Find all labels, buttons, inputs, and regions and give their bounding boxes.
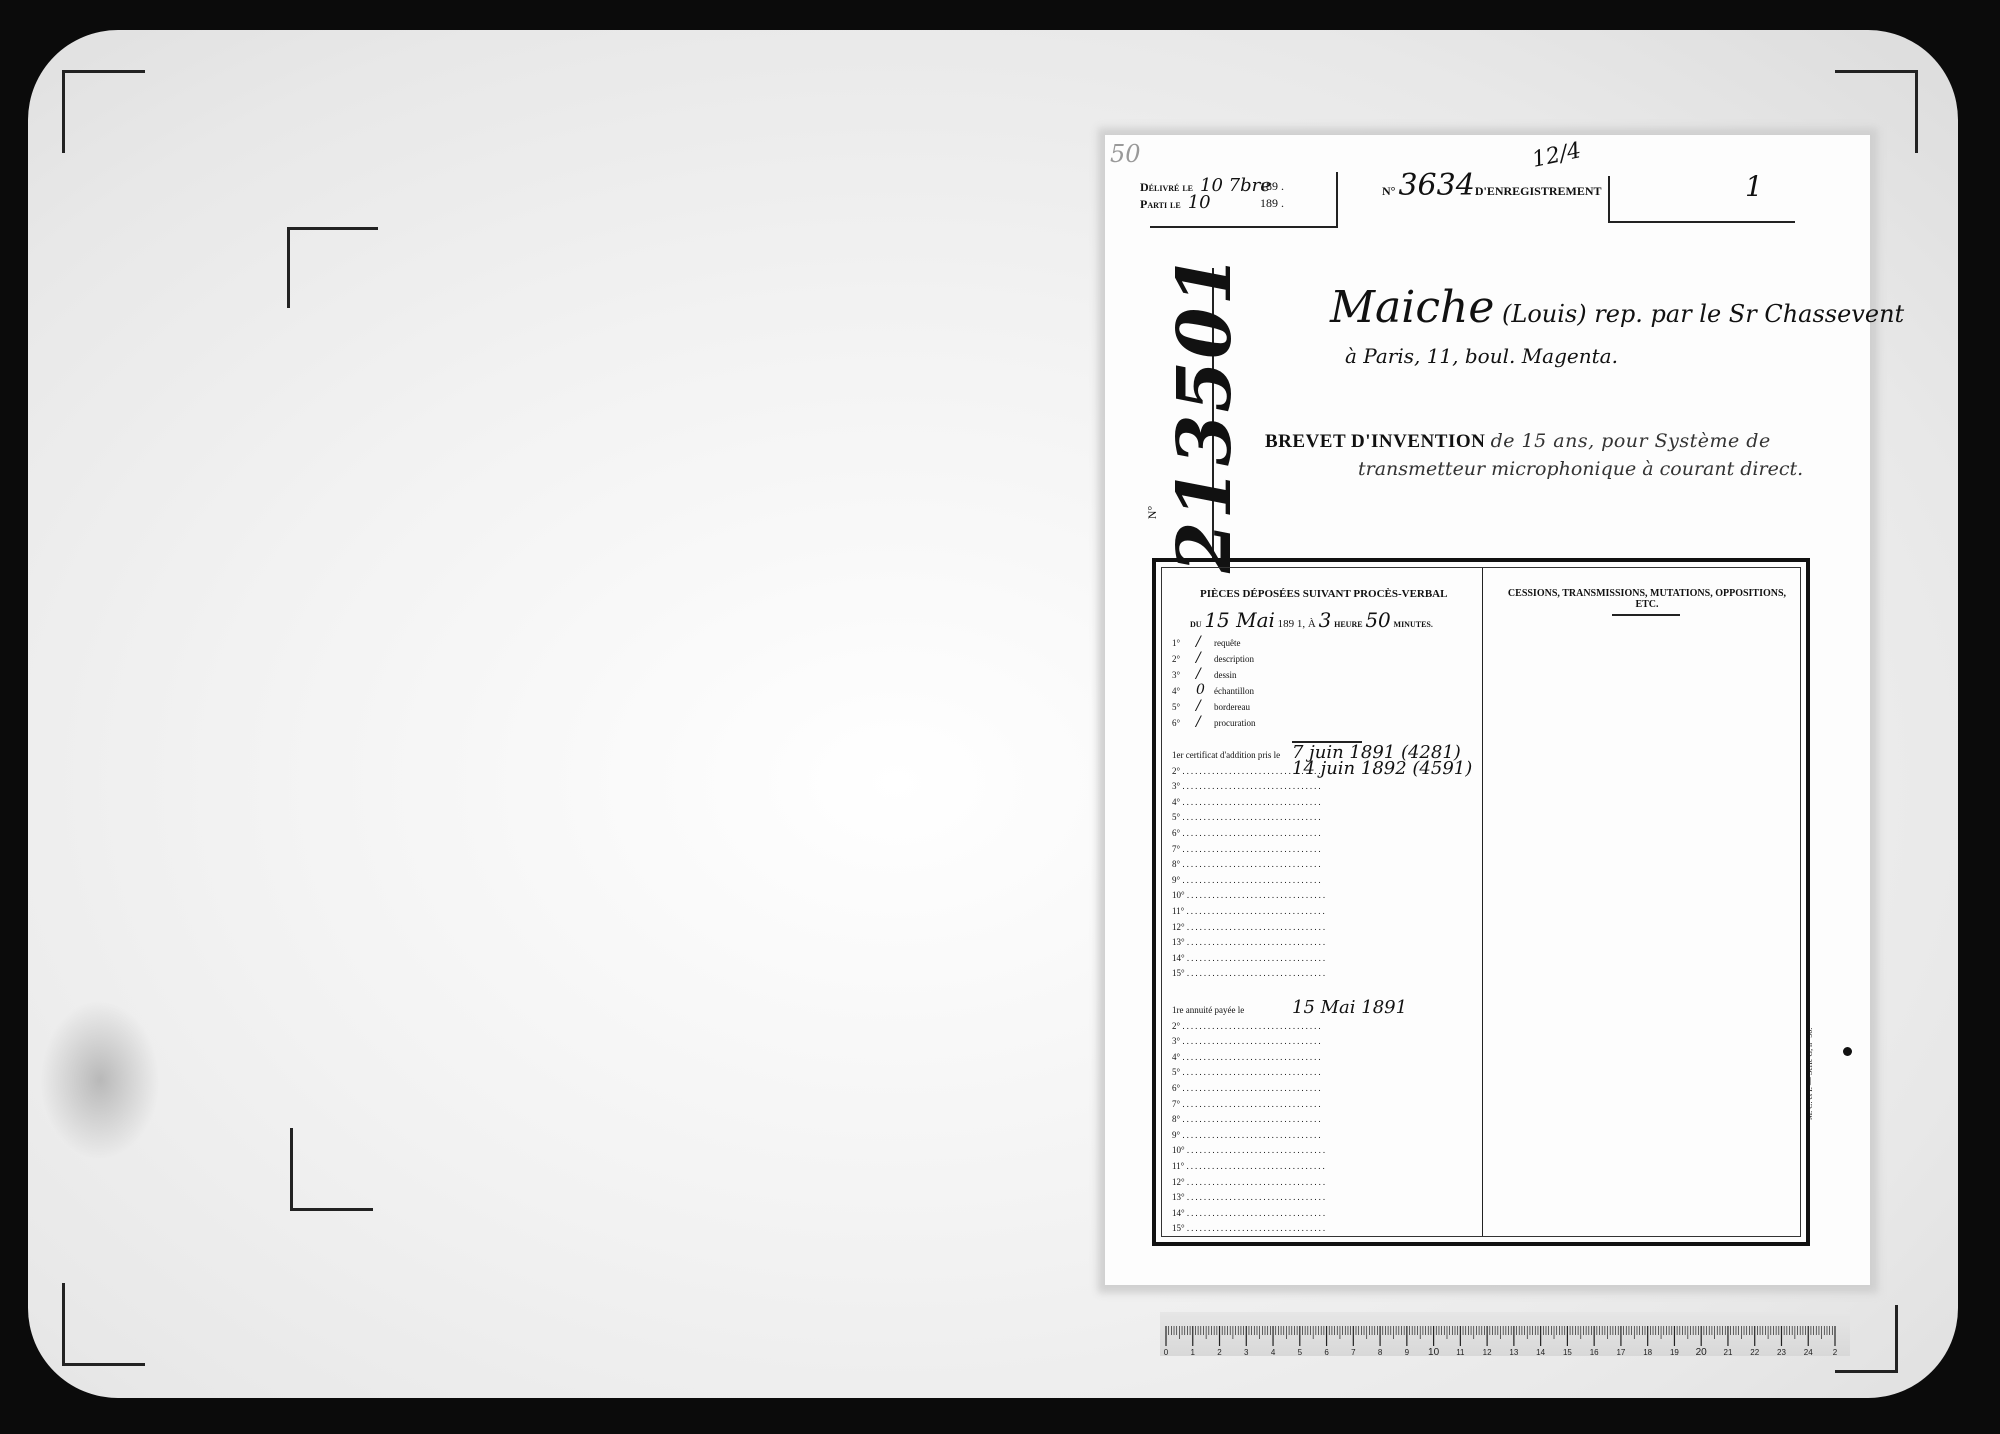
list-row: 10° .................................: [1172, 1145, 1327, 1155]
patent-type-label: BREVET D'INVENTION: [1265, 431, 1485, 452]
svg-text:20: 20: [1696, 1347, 1708, 1356]
svg-text:10: 10: [1428, 1347, 1440, 1356]
scale-ruler: 0123456789101112131415161718192021222324…: [1160, 1312, 1850, 1356]
list-row: 9° .................................: [1172, 875, 1323, 885]
list-row: 13° .................................: [1172, 1192, 1327, 1202]
list-row: 12° .................................: [1172, 1177, 1327, 1187]
patent-title-line1: de 15 ans, pour Système de: [1491, 430, 1771, 452]
list-row: 8° .................................: [1172, 1114, 1323, 1124]
list-row: 1re annuité payée le: [1172, 1005, 1244, 1015]
svg-text:22: 22: [1750, 1348, 1759, 1356]
list-row: 12° .................................: [1172, 922, 1327, 932]
list-row: 1er certificat d'addition pris le: [1172, 750, 1280, 760]
piece-row: 3°/dessin: [1172, 666, 1237, 682]
patent-title-line2: transmetteur microphonique à courant dir…: [1358, 458, 1803, 480]
holder-name: Maiche (Louis) rep. par le Sr Chassevent: [1330, 282, 1904, 333]
svg-text:14: 14: [1536, 1348, 1545, 1356]
svg-text:5: 5: [1298, 1348, 1303, 1356]
list-row: 5° .................................: [1172, 1067, 1323, 1077]
svg-text:18: 18: [1643, 1348, 1652, 1356]
crop-mark-inner-bottom-left: [290, 1128, 373, 1211]
svg-text:21: 21: [1724, 1348, 1733, 1356]
handwritten-entry: 15 Mai 1891: [1292, 997, 1407, 1018]
list-row: 11° .................................: [1172, 906, 1327, 916]
svg-text:15: 15: [1563, 1348, 1572, 1356]
list-row: 3° .................................: [1172, 781, 1323, 791]
svg-text:16: 16: [1590, 1348, 1599, 1356]
piece-row: 1°/requête: [1172, 634, 1240, 650]
page-box-border: [1608, 176, 1795, 223]
stain: [40, 1000, 160, 1160]
patent-number-label: N°: [1145, 506, 1160, 519]
deposit-minutes: 50: [1365, 608, 1390, 632]
list-row: 3° .................................: [1172, 1036, 1323, 1046]
heure-label: HEURE: [1334, 620, 1362, 629]
holder-surname: Maiche: [1330, 282, 1494, 333]
svg-text:7: 7: [1351, 1348, 1356, 1356]
svg-text:2: 2: [1217, 1348, 1222, 1356]
minutes-label: MINUTES.: [1394, 620, 1433, 629]
svg-text:17: 17: [1616, 1348, 1625, 1356]
svg-text:6: 6: [1324, 1348, 1329, 1356]
list-row: 4° .................................: [1172, 797, 1323, 807]
list-row: 15° .................................: [1172, 1223, 1327, 1233]
svg-text:12: 12: [1483, 1348, 1492, 1356]
dispatch-box-border: [1150, 172, 1338, 228]
registry-form: PIÈCES DÉPOSÉES SUIVANT PROCÈS-VERBAL DU…: [1152, 558, 1810, 1246]
svg-text:2: 2: [1833, 1348, 1838, 1356]
crop-mark-outer-top-left: [62, 70, 145, 153]
list-row: 14° .................................: [1172, 953, 1327, 963]
piece-row: 5°/bordereau: [1172, 698, 1250, 714]
svg-text:4: 4: [1271, 1348, 1276, 1356]
svg-text:13: 13: [1509, 1348, 1518, 1356]
holder-details: (Louis) rep. par le Sr Chassevent: [1502, 300, 1904, 328]
list-row: 2° .................................: [1172, 1021, 1323, 1031]
list-row: 6° .................................: [1172, 1083, 1323, 1093]
deposit-year: 189 1: [1278, 618, 1303, 630]
a-label: , À: [1302, 618, 1315, 630]
printer-imprint: M. C. et I. — Série G, n° 50.: [1805, 1028, 1814, 1120]
holder-address: à Paris, 11, boul. Magenta.: [1345, 344, 1618, 368]
registration-label: D'ENREGISTREMENT: [1475, 184, 1602, 198]
pieces-title: PIÈCES DÉPOSÉES SUIVANT PROCÈS-VERBAL: [1200, 588, 1447, 600]
list-row: 11° .................................: [1172, 1161, 1327, 1171]
ruler-ticks: 0123456789101112131415161718192021222324…: [1160, 1312, 1850, 1356]
svg-text:19: 19: [1670, 1348, 1679, 1356]
list-row: 10° .................................: [1172, 890, 1327, 900]
list-row: 6° .................................: [1172, 828, 1323, 838]
svg-text:9: 9: [1405, 1348, 1410, 1356]
margin-note: 50: [1110, 140, 1141, 168]
piece-row: 2°/description: [1172, 650, 1254, 666]
form-inner-border: PIÈCES DÉPOSÉES SUIVANT PROCÈS-VERBAL DU…: [1161, 567, 1801, 1237]
registration-prefix: N°: [1382, 184, 1395, 198]
column-divider: [1482, 568, 1483, 1236]
patent-number: 213501: [1162, 273, 1248, 573]
list-row: 7° .................................: [1172, 844, 1323, 854]
deposit-hour: 3: [1319, 608, 1332, 632]
svg-text:11: 11: [1456, 1348, 1465, 1356]
crop-mark-inner-top-left: [287, 227, 378, 308]
deposit-date-line: DU 15 Mai 189 1, À 3 HEURE 50 MINUTES.: [1190, 608, 1433, 632]
registration-number: N° 3634D'ENREGISTREMENT: [1382, 168, 1602, 203]
cessions-rule: [1612, 614, 1680, 616]
handwritten-entry: 14 juin 1892 (4591): [1292, 758, 1472, 779]
svg-text:0: 0: [1164, 1348, 1169, 1356]
punch-hole: [1843, 1047, 1852, 1056]
piece-row: 6°/procuration: [1172, 714, 1255, 730]
list-row: 8° .................................: [1172, 859, 1323, 869]
svg-text:23: 23: [1777, 1348, 1786, 1356]
crop-mark-outer-bottom-left: [62, 1283, 145, 1366]
registration-value: 3634: [1398, 168, 1474, 203]
cessions-title: CESSIONS, TRANSMISSIONS, MUTATIONS, OPPO…: [1502, 588, 1792, 610]
list-row: 5° .................................: [1172, 812, 1323, 822]
list-row: 13° .................................: [1172, 937, 1327, 947]
list-row: 7° .................................: [1172, 1099, 1323, 1109]
list-row: 9° .................................: [1172, 1130, 1323, 1140]
svg-text:1: 1: [1191, 1348, 1196, 1356]
list-row: 4° .................................: [1172, 1052, 1323, 1062]
svg-text:24: 24: [1804, 1348, 1813, 1356]
list-row: 15° .................................: [1172, 968, 1327, 978]
page-number: 1: [1745, 170, 1763, 203]
du-label: DU: [1190, 620, 1202, 629]
deposit-day-month: 15 Mai: [1204, 608, 1275, 632]
svg-text:3: 3: [1244, 1348, 1249, 1356]
list-row: 14° .................................: [1172, 1208, 1327, 1218]
svg-text:8: 8: [1378, 1348, 1383, 1356]
piece-row: 4°0échantillon: [1172, 682, 1254, 698]
patent-title: BREVET D'INVENTION de 15 ans, pour Systè…: [1265, 430, 1771, 453]
